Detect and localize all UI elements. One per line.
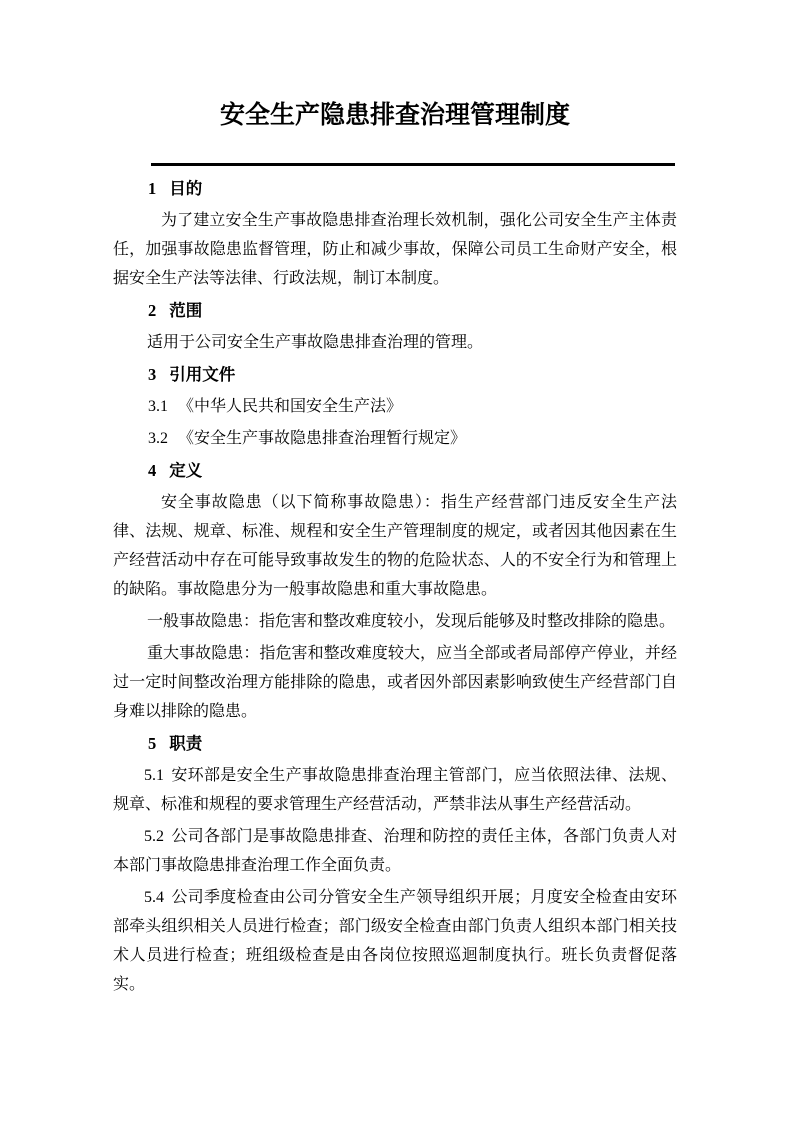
reference-number: 3.2 — [148, 430, 168, 447]
paragraph-scope: 适用于公司安全生产事故隐患排查治理的管理。 — [113, 328, 677, 357]
section-heading-definitions: 4定义 — [113, 456, 677, 485]
clause-5-1: 5.1安环部是安全生产事故隐患排查治理主管部门，应当依照法律、法规、规章、标准和… — [113, 761, 677, 819]
section-heading-label: 目的 — [169, 179, 202, 198]
section-heading-label: 职责 — [169, 734, 202, 753]
section-number: 1 — [148, 179, 156, 198]
clause-text: 公司季度检查由公司分管安全生产领导组织开展；月度安全检查由安环部牵头组织相关人员… — [113, 889, 677, 993]
reference-item-3-1: 3.1《中华人民共和国安全生产法》 — [113, 392, 677, 421]
clause-5-4: 5.4公司季度检查由公司分管安全生产领导组织开展；月度安全检查由安环部牵头组织相… — [113, 883, 677, 999]
paragraph-definition-ordinary-hazard: 一般事故隐患：指危害和整改难度较小，发现后能够及时整改排除的隐患。 — [113, 607, 677, 636]
document-content: 安全生产隐患排查治理管理制度 1目的 为了建立安全生产事故隐患排查治理长效机制，… — [113, 96, 677, 999]
section-heading-purpose: 1目的 — [113, 174, 677, 203]
section-number: 4 — [148, 461, 156, 480]
clause-number: 5.2 — [144, 828, 164, 845]
document-title: 安全生产隐患排查治理管理制度 — [113, 100, 677, 132]
reference-text: 《中华人民共和国安全生产法》 — [178, 398, 402, 415]
document-page: 安全生产隐患排查治理管理制度 1目的 为了建立安全生产事故隐患排查治理长效机制，… — [0, 0, 793, 1122]
section-heading-references: 3引用文件 — [113, 360, 677, 389]
title-divider — [151, 163, 675, 166]
section-heading-label: 范围 — [169, 301, 202, 320]
reference-item-3-2: 3.2《安全生产事故隐患排查治理暂行规定》 — [113, 424, 677, 453]
section-number: 2 — [148, 301, 156, 320]
section-heading-label: 引用文件 — [169, 365, 235, 384]
section-heading-scope: 2范围 — [113, 296, 677, 325]
reference-text: 《安全生产事故隐患排查治理暂行规定》 — [178, 430, 466, 447]
paragraph-definition-major-hazard: 重大事故隐患：指危害和整改难度较大，应当全部或者局部停产停业，并经过一定时间整改… — [113, 639, 677, 726]
clause-number: 5.4 — [144, 889, 164, 906]
section-number: 3 — [148, 365, 156, 384]
section-heading-responsibilities: 5职责 — [113, 729, 677, 758]
section-heading-label: 定义 — [169, 461, 202, 480]
paragraph-definition-general: 安全事故隐患（以下简称事故隐患）：指生产经营部门违反安全生产法律、法规、规章、标… — [113, 488, 677, 604]
paragraph-purpose: 为了建立安全生产事故隐患排查治理长效机制，强化公司安全生产主体责任，加强事故隐患… — [113, 206, 677, 293]
clause-text: 安环部是安全生产事故隐患排查治理主管部门，应当依照法律、法规、规章、标准和规程的… — [113, 767, 677, 813]
clause-text: 公司各部门是事故隐患排查、治理和防控的责任主体，各部门负责人对本部门事故隐患排查… — [113, 828, 677, 874]
section-number: 5 — [148, 734, 156, 753]
clause-5-2: 5.2公司各部门是事故隐患排查、治理和防控的责任主体，各部门负责人对本部门事故隐… — [113, 822, 677, 880]
clause-number: 5.1 — [144, 767, 164, 784]
reference-number: 3.1 — [148, 398, 168, 415]
